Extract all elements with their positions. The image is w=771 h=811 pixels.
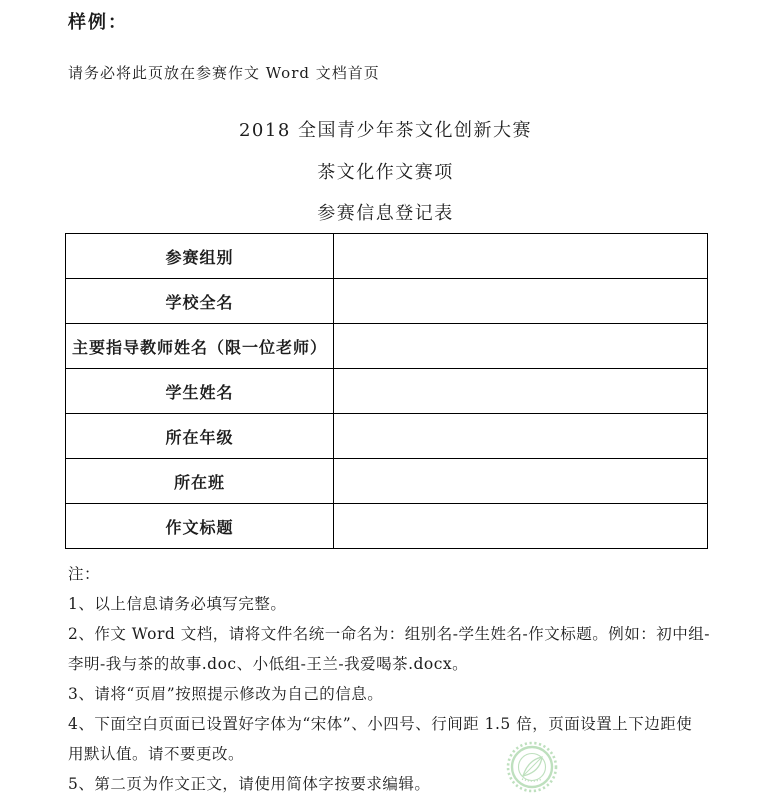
notes-section: 注： 1、以上信息请务必填写完整。 2、作文 Word 文档，请将文件名统一命名… (68, 559, 718, 799)
row-value-student-name[interactable] (334, 369, 708, 414)
note-line-4-cont: 用默认值。请不要更改。 (68, 739, 718, 769)
row-label-class: 所在班 (66, 459, 334, 504)
row-label-essay-title: 作文标题 (66, 504, 334, 549)
table-row: 学生姓名 (66, 369, 708, 414)
contest-title: 2018 全国青少年茶文化创新大赛 (0, 116, 771, 142)
word-document-page: 样例： 请务必将此页放在参赛作文 Word 文档首页 2018 全国青少年茶文化… (0, 0, 771, 811)
note-line-1: 1、以上信息请务必填写完整。 (68, 589, 718, 619)
row-label-school: 学校全名 (66, 279, 334, 324)
note-line-5: 5、第二页为作文正文，请使用简体字按要求编辑。 (68, 769, 718, 799)
first-page-instruction: 请务必将此页放在参赛作文 Word 文档首页 (68, 62, 380, 83)
notes-heading: 注： (68, 559, 718, 589)
sample-label: 样例： (68, 8, 128, 34)
contest-category-title: 茶文化作文赛项 (0, 158, 771, 184)
note-line-2: 2、作文 Word 文档，请将文件名统一命名为：组别名-学生姓名-作文标题。例如… (68, 619, 718, 649)
table-row: 作文标题 (66, 504, 708, 549)
row-value-essay-title[interactable] (334, 504, 708, 549)
row-value-teacher[interactable] (334, 324, 708, 369)
note-line-3: 3、请将“页眉”按照提示修改为自己的信息。 (68, 679, 718, 709)
table-row: 学校全名 (66, 279, 708, 324)
note-line-4: 4、下面空白页面已设置好字体为“宋体”、小四号、行间距 1.5 倍，页面设置上下… (68, 709, 718, 739)
table-row: 主要指导教师姓名（限一位老师） (66, 324, 708, 369)
table-row: 参赛组别 (66, 234, 708, 279)
row-value-class[interactable] (334, 459, 708, 504)
row-value-grade[interactable] (334, 414, 708, 459)
row-label-teacher: 主要指导教师姓名（限一位老师） (66, 324, 334, 369)
row-value-school[interactable] (334, 279, 708, 324)
note-line-2-cont: 李明-我与茶的故事.doc、小低组-王兰-我爱喝茶.docx。 (68, 649, 718, 679)
registration-table: 参赛组别 学校全名 主要指导教师姓名（限一位老师） 学生姓名 所在年级 所在班 (65, 233, 708, 549)
row-value-group[interactable] (334, 234, 708, 279)
row-label-group: 参赛组别 (66, 234, 334, 279)
row-label-student-name: 学生姓名 (66, 369, 334, 414)
table-row: 所在年级 (66, 414, 708, 459)
table-row: 所在班 (66, 459, 708, 504)
row-label-grade: 所在年级 (66, 414, 334, 459)
registration-form-title: 参赛信息登记表 (0, 199, 771, 225)
